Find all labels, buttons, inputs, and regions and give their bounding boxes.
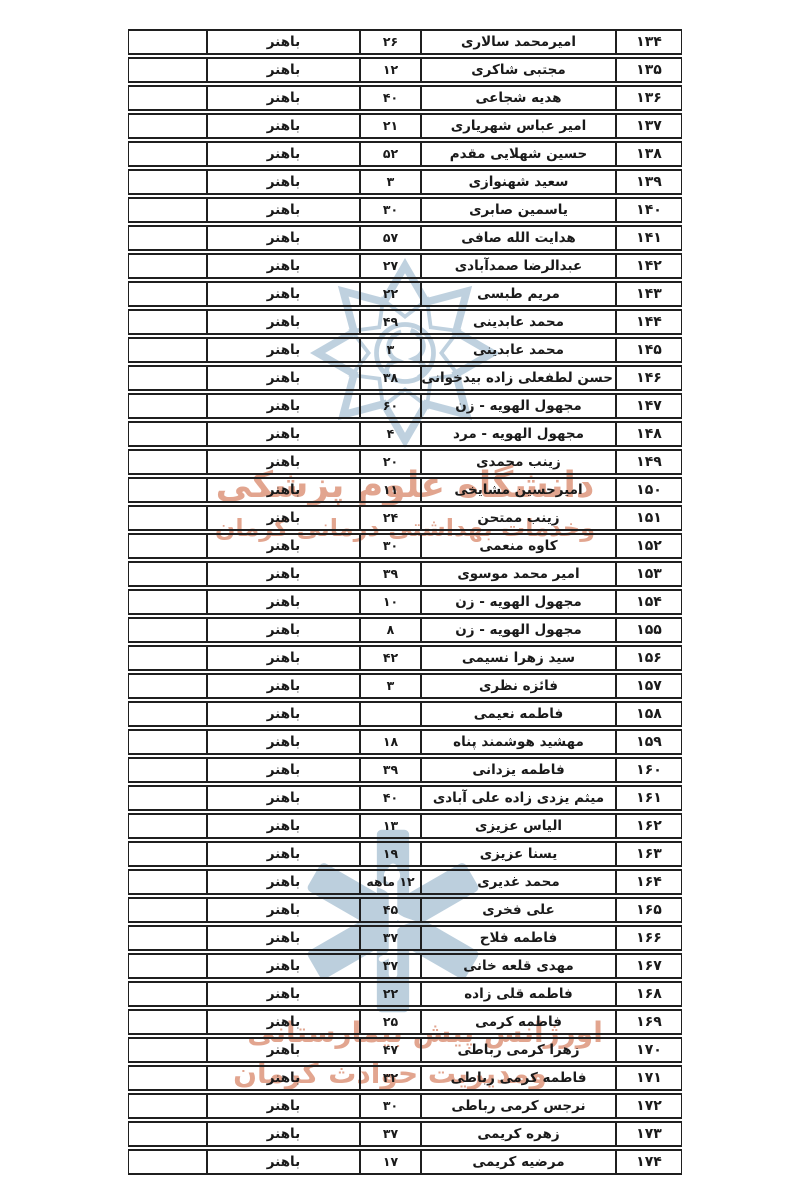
age-cell: ۳۰ xyxy=(360,1093,421,1119)
age-cell: ۴۵ xyxy=(360,897,421,923)
patient-name-cell: مجتبی شاکری xyxy=(421,57,616,83)
empty-cell xyxy=(128,421,207,447)
age-cell: ۴۰ xyxy=(360,785,421,811)
age-cell: ۳ xyxy=(360,673,421,699)
age-cell: ۴۹ xyxy=(360,309,421,335)
table-row: ۱۷۴ مرضیه کریمی ۱۷ باهنر xyxy=(128,1149,682,1175)
empty-cell xyxy=(128,729,207,755)
empty-cell xyxy=(128,701,207,727)
table-row: ۱۴۸ مجهول الهویه - مرد ۴ باهنر xyxy=(128,421,682,447)
age-cell: ۳۰ xyxy=(360,197,421,223)
age-cell: ۳ xyxy=(360,337,421,363)
table-row: ۱۵۳ امیر محمد موسوی ۳۹ باهنر xyxy=(128,561,682,587)
empty-cell xyxy=(128,533,207,559)
patient-name-cell: زینب ممتحن xyxy=(421,505,616,531)
empty-cell xyxy=(128,169,207,195)
row-number-cell: ۱۳۴ xyxy=(616,29,682,55)
table-row: ۱۴۲ عبدالرضا صمدآبادی ۲۷ باهنر xyxy=(128,253,682,279)
hospital-cell: باهنر xyxy=(207,421,360,447)
row-number-cell: ۱۶۵ xyxy=(616,897,682,923)
patient-name-cell: حسن لطفعلی زاده بیدخوانی xyxy=(421,365,616,391)
patient-name-cell: هدیه شجاعی xyxy=(421,85,616,111)
table-row: ۱۶۴ محمد غدیری ۱۲ ماهه باهنر xyxy=(128,869,682,895)
patient-name-cell: هدایت الله صافی xyxy=(421,225,616,251)
empty-cell xyxy=(128,813,207,839)
empty-cell xyxy=(128,925,207,951)
patient-name-cell: مجهول الهویه - مرد xyxy=(421,421,616,447)
empty-cell xyxy=(128,141,207,167)
hospital-cell: باهنر xyxy=(207,449,360,475)
row-number-cell: ۱۴۸ xyxy=(616,421,682,447)
hospital-cell: باهنر xyxy=(207,393,360,419)
age-cell: ۲۲ xyxy=(360,281,421,307)
patient-name-cell: حسین شهلایی مقدم xyxy=(421,141,616,167)
empty-cell xyxy=(128,561,207,587)
age-cell: ۱۸ xyxy=(360,729,421,755)
table-row: ۱۳۸ حسین شهلایی مقدم ۵۲ باهنر xyxy=(128,141,682,167)
row-number-cell: ۱۶۱ xyxy=(616,785,682,811)
row-number-cell: ۱۵۶ xyxy=(616,645,682,671)
age-cell: ۱۰ xyxy=(360,589,421,615)
empty-cell xyxy=(128,673,207,699)
age-cell: ۳۷ xyxy=(360,1121,421,1147)
patient-name-cell: زهرا کرمی رباطی xyxy=(421,1037,616,1063)
row-number-cell: ۱۶۴ xyxy=(616,869,682,895)
patient-name-cell: نرجس کرمی رباطی xyxy=(421,1093,616,1119)
row-number-cell: ۱۶۹ xyxy=(616,1009,682,1035)
table-row: ۱۴۶ حسن لطفعلی زاده بیدخوانی ۳۸ باهنر xyxy=(128,365,682,391)
patient-name-cell: محمد غدیری xyxy=(421,869,616,895)
hospital-cell: باهنر xyxy=(207,701,360,727)
patient-name-cell: فاطمه قلی زاده xyxy=(421,981,616,1007)
hospital-cell: باهنر xyxy=(207,785,360,811)
hospital-cell: باهنر xyxy=(207,57,360,83)
row-number-cell: ۱۵۳ xyxy=(616,561,682,587)
empty-cell xyxy=(128,505,207,531)
age-cell: ۳۸ xyxy=(360,365,421,391)
age-cell: ۸ xyxy=(360,617,421,643)
empty-cell xyxy=(128,1121,207,1147)
hospital-cell: باهنر xyxy=(207,533,360,559)
empty-cell xyxy=(128,1065,207,1091)
age-cell: ۶۰ xyxy=(360,393,421,419)
hospital-cell: باهنر xyxy=(207,925,360,951)
table-row: ۱۳۴ امیرمحمد سالاری ۲۶ باهنر xyxy=(128,29,682,55)
empty-cell xyxy=(128,841,207,867)
patient-table-body: ۱۳۴ امیرمحمد سالاری ۲۶ باهنر ۱۳۵ مجتبی ش… xyxy=(128,29,682,1175)
patient-name-cell: مجهول الهویه - زن xyxy=(421,393,616,419)
empty-cell xyxy=(128,785,207,811)
patient-table: ۱۳۴ امیرمحمد سالاری ۲۶ باهنر ۱۳۵ مجتبی ش… xyxy=(128,27,682,1177)
empty-cell xyxy=(128,337,207,363)
hospital-cell: باهنر xyxy=(207,757,360,783)
table-row: ۱۶۰ فاطمه یزدانی ۳۹ باهنر xyxy=(128,757,682,783)
hospital-cell: باهنر xyxy=(207,253,360,279)
hospital-cell: باهنر xyxy=(207,197,360,223)
table-row: ۱۶۲ الیاس عزیزی ۱۳ باهنر xyxy=(128,813,682,839)
table-row: ۱۳۷ امیر عباس شهریاری ۲۱ باهنر xyxy=(128,113,682,139)
empty-cell xyxy=(128,57,207,83)
age-cell: ۱۲ xyxy=(360,57,421,83)
table-row: ۱۵۵ مجهول الهویه - زن ۸ باهنر xyxy=(128,617,682,643)
hospital-cell: باهنر xyxy=(207,1149,360,1175)
patient-name-cell: مهدی قلعه خانی xyxy=(421,953,616,979)
hospital-cell: باهنر xyxy=(207,1093,360,1119)
table-row: ۱۶۷ مهدی قلعه خانی ۳۷ باهنر xyxy=(128,953,682,979)
table-row: ۱۶۶ فاطمه فلاح ۳۷ باهنر xyxy=(128,925,682,951)
empty-cell xyxy=(128,449,207,475)
hospital-cell: باهنر xyxy=(207,505,360,531)
age-cell: ۲۱ xyxy=(360,113,421,139)
row-number-cell: ۱۶۲ xyxy=(616,813,682,839)
patient-name-cell: محمد عابدینی xyxy=(421,337,616,363)
table-row: ۱۵۴ مجهول الهویه - زن ۱۰ باهنر xyxy=(128,589,682,615)
table-row: ۱۵۰ امیرحسین مشایخی ۱۱ باهنر xyxy=(128,477,682,503)
table-row: ۱۳۹ سعید شهنوازی ۳ باهنر xyxy=(128,169,682,195)
age-cell: ۳۷ xyxy=(360,953,421,979)
row-number-cell: ۱۴۱ xyxy=(616,225,682,251)
table-row: ۱۴۰ یاسمین صابری ۳۰ باهنر xyxy=(128,197,682,223)
hospital-cell: باهنر xyxy=(207,953,360,979)
empty-cell xyxy=(128,757,207,783)
row-number-cell: ۱۳۷ xyxy=(616,113,682,139)
table-row: ۱۶۱ میثم یزدی زاده علی آبادی ۴۰ باهنر xyxy=(128,785,682,811)
row-number-cell: ۱۵۰ xyxy=(616,477,682,503)
hospital-cell: باهنر xyxy=(207,1009,360,1035)
table-row: ۱۷۱ فاطمه کرمی رباطی ۳۲ باهنر xyxy=(128,1065,682,1091)
age-cell: ۴ xyxy=(360,421,421,447)
empty-cell xyxy=(128,1037,207,1063)
row-number-cell: ۱۳۹ xyxy=(616,169,682,195)
row-number-cell: ۱۵۹ xyxy=(616,729,682,755)
row-number-cell: ۱۵۱ xyxy=(616,505,682,531)
table-row: ۱۴۴ محمد عابدینی ۴۹ باهنر xyxy=(128,309,682,335)
patient-name-cell: فاطمه کرمی رباطی xyxy=(421,1065,616,1091)
row-number-cell: ۱۴۴ xyxy=(616,309,682,335)
table-row: ۱۶۸ فاطمه قلی زاده ۲۲ باهنر xyxy=(128,981,682,1007)
hospital-cell: باهنر xyxy=(207,729,360,755)
age-cell: ۱۹ xyxy=(360,841,421,867)
age-cell: ۳۹ xyxy=(360,561,421,587)
document-page: دانشگاه علوم پزشکی وخدمات بهداشتی درمانی… xyxy=(0,0,800,1200)
table-row: ۱۴۵ محمد عابدینی ۳ باهنر xyxy=(128,337,682,363)
age-cell: ۵۷ xyxy=(360,225,421,251)
patient-name-cell: زهره کریمی xyxy=(421,1121,616,1147)
row-number-cell: ۱۵۸ xyxy=(616,701,682,727)
table-row: ۱۷۲ نرجس کرمی رباطی ۳۰ باهنر xyxy=(128,1093,682,1119)
row-number-cell: ۱۴۷ xyxy=(616,393,682,419)
empty-cell xyxy=(128,281,207,307)
empty-cell xyxy=(128,953,207,979)
empty-cell xyxy=(128,29,207,55)
patient-name-cell: فاطمه یزدانی xyxy=(421,757,616,783)
table-row: ۱۶۹ فاطمه کرمی ۲۵ باهنر xyxy=(128,1009,682,1035)
empty-cell xyxy=(128,113,207,139)
age-cell: ۴۲ xyxy=(360,645,421,671)
patient-name-cell: مجهول الهویه - زن xyxy=(421,617,616,643)
patient-name-cell: الیاس عزیزی xyxy=(421,813,616,839)
age-cell: ۳۰ xyxy=(360,533,421,559)
patient-name-cell: عبدالرضا صمدآبادی xyxy=(421,253,616,279)
table-row: ۱۴۷ مجهول الهویه - زن ۶۰ باهنر xyxy=(128,393,682,419)
hospital-cell: باهنر xyxy=(207,841,360,867)
hospital-cell: باهنر xyxy=(207,85,360,111)
row-number-cell: ۱۶۸ xyxy=(616,981,682,1007)
empty-cell xyxy=(128,225,207,251)
hospital-cell: باهنر xyxy=(207,673,360,699)
row-number-cell: ۱۴۹ xyxy=(616,449,682,475)
row-number-cell: ۱۷۳ xyxy=(616,1121,682,1147)
hospital-cell: باهنر xyxy=(207,813,360,839)
patient-name-cell: امیرمحمد سالاری xyxy=(421,29,616,55)
patient-name-cell: امیرحسین مشایخی xyxy=(421,477,616,503)
hospital-cell: باهنر xyxy=(207,29,360,55)
patient-name-cell: مجهول الهویه - زن xyxy=(421,589,616,615)
patient-name-cell: سید زهرا نسیمی xyxy=(421,645,616,671)
patient-name-cell: مهشید هوشمند پناه xyxy=(421,729,616,755)
hospital-cell: باهنر xyxy=(207,1065,360,1091)
row-number-cell: ۱۶۰ xyxy=(616,757,682,783)
empty-cell xyxy=(128,309,207,335)
hospital-cell: باهنر xyxy=(207,1121,360,1147)
row-number-cell: ۱۵۴ xyxy=(616,589,682,615)
age-cell: ۳ xyxy=(360,169,421,195)
patient-name-cell: فاطمه فلاح xyxy=(421,925,616,951)
empty-cell xyxy=(128,393,207,419)
table-row: ۱۵۲ کاوه منعمی ۳۰ باهنر xyxy=(128,533,682,559)
hospital-cell: باهنر xyxy=(207,477,360,503)
table-row: ۱۵۷ فائزه نظری ۳ باهنر xyxy=(128,673,682,699)
patient-name-cell: یاسمین صابری xyxy=(421,197,616,223)
age-cell: ۳۲ xyxy=(360,1065,421,1091)
patient-name-cell: کاوه منعمی xyxy=(421,533,616,559)
row-number-cell: ۱۷۰ xyxy=(616,1037,682,1063)
row-number-cell: ۱۴۳ xyxy=(616,281,682,307)
table-row: ۱۵۸ فاطمه نعیمی باهنر xyxy=(128,701,682,727)
table-row: ۱۵۹ مهشید هوشمند پناه ۱۸ باهنر xyxy=(128,729,682,755)
patient-name-cell: یسنا عزیزی xyxy=(421,841,616,867)
patient-name-cell: فاطمه نعیمی xyxy=(421,701,616,727)
row-number-cell: ۱۶۷ xyxy=(616,953,682,979)
age-cell: ۵۲ xyxy=(360,141,421,167)
empty-cell xyxy=(128,897,207,923)
table-row: ۱۴۳ مریم طبسی ۲۲ باهنر xyxy=(128,281,682,307)
hospital-cell: باهنر xyxy=(207,897,360,923)
row-number-cell: ۱۵۲ xyxy=(616,533,682,559)
hospital-cell: باهنر xyxy=(207,225,360,251)
hospital-cell: باهنر xyxy=(207,337,360,363)
age-cell: ۴۷ xyxy=(360,1037,421,1063)
table-row: ۱۳۶ هدیه شجاعی ۴۰ باهنر xyxy=(128,85,682,111)
empty-cell xyxy=(128,197,207,223)
patient-name-cell: امیر عباس شهریاری xyxy=(421,113,616,139)
table-row: ۱۷۳ زهره کریمی ۳۷ باهنر xyxy=(128,1121,682,1147)
table-row: ۱۴۱ هدایت الله صافی ۵۷ باهنر xyxy=(128,225,682,251)
empty-cell xyxy=(128,1093,207,1119)
patient-name-cell: محمد عابدینی xyxy=(421,309,616,335)
age-cell: ۲۷ xyxy=(360,253,421,279)
row-number-cell: ۱۴۰ xyxy=(616,197,682,223)
empty-cell xyxy=(128,365,207,391)
row-number-cell: ۱۳۵ xyxy=(616,57,682,83)
age-cell: ۲۵ xyxy=(360,1009,421,1035)
age-cell: ۱۷ xyxy=(360,1149,421,1175)
empty-cell xyxy=(128,1149,207,1175)
age-cell xyxy=(360,701,421,727)
empty-cell xyxy=(128,645,207,671)
row-number-cell: ۱۳۸ xyxy=(616,141,682,167)
hospital-cell: باهنر xyxy=(207,141,360,167)
patient-name-cell: مرضیه کریمی xyxy=(421,1149,616,1175)
table-row: ۱۶۳ یسنا عزیزی ۱۹ باهنر xyxy=(128,841,682,867)
age-cell: ۱۲ ماهه xyxy=(360,869,421,895)
hospital-cell: باهنر xyxy=(207,113,360,139)
patient-name-cell: امیر محمد موسوی xyxy=(421,561,616,587)
hospital-cell: باهنر xyxy=(207,1037,360,1063)
patient-name-cell: زینب محمدی xyxy=(421,449,616,475)
hospital-cell: باهنر xyxy=(207,645,360,671)
empty-cell xyxy=(128,869,207,895)
patient-name-cell: فائزه نظری xyxy=(421,673,616,699)
age-cell: ۲۶ xyxy=(360,29,421,55)
age-cell: ۱۳ xyxy=(360,813,421,839)
row-number-cell: ۱۷۱ xyxy=(616,1065,682,1091)
hospital-cell: باهنر xyxy=(207,281,360,307)
hospital-cell: باهنر xyxy=(207,617,360,643)
age-cell: ۱۱ xyxy=(360,477,421,503)
patient-name-cell: مریم طبسی xyxy=(421,281,616,307)
hospital-cell: باهنر xyxy=(207,589,360,615)
patient-name-cell: علی فخری xyxy=(421,897,616,923)
empty-cell xyxy=(128,253,207,279)
patient-name-cell: فاطمه کرمی xyxy=(421,1009,616,1035)
age-cell: ۴۰ xyxy=(360,85,421,111)
row-number-cell: ۱۶۳ xyxy=(616,841,682,867)
row-number-cell: ۱۷۴ xyxy=(616,1149,682,1175)
patient-name-cell: سعید شهنوازی xyxy=(421,169,616,195)
empty-cell xyxy=(128,477,207,503)
hospital-cell: باهنر xyxy=(207,981,360,1007)
table-row: ۱۳۵ مجتبی شاکری ۱۲ باهنر xyxy=(128,57,682,83)
table-row: ۱۵۱ زینب ممتحن ۲۴ باهنر xyxy=(128,505,682,531)
age-cell: ۲۰ xyxy=(360,449,421,475)
patient-name-cell: میثم یزدی زاده علی آبادی xyxy=(421,785,616,811)
hospital-cell: باهنر xyxy=(207,561,360,587)
empty-cell xyxy=(128,1009,207,1035)
row-number-cell: ۱۳۶ xyxy=(616,85,682,111)
row-number-cell: ۱۴۵ xyxy=(616,337,682,363)
hospital-cell: باهنر xyxy=(207,309,360,335)
empty-cell xyxy=(128,589,207,615)
table-row: ۱۵۶ سید زهرا نسیمی ۴۲ باهنر xyxy=(128,645,682,671)
age-cell: ۲۲ xyxy=(360,981,421,1007)
empty-cell xyxy=(128,85,207,111)
row-number-cell: ۱۴۲ xyxy=(616,253,682,279)
row-number-cell: ۱۷۲ xyxy=(616,1093,682,1119)
age-cell: ۲۴ xyxy=(360,505,421,531)
table-row: ۱۶۵ علی فخری ۴۵ باهنر xyxy=(128,897,682,923)
table-row: ۱۷۰ زهرا کرمی رباطی ۴۷ باهنر xyxy=(128,1037,682,1063)
row-number-cell: ۱۴۶ xyxy=(616,365,682,391)
row-number-cell: ۱۶۶ xyxy=(616,925,682,951)
age-cell: ۳۹ xyxy=(360,757,421,783)
hospital-cell: باهنر xyxy=(207,869,360,895)
row-number-cell: ۱۵۵ xyxy=(616,617,682,643)
table-row: ۱۴۹ زینب محمدی ۲۰ باهنر xyxy=(128,449,682,475)
hospital-cell: باهنر xyxy=(207,365,360,391)
hospital-cell: باهنر xyxy=(207,169,360,195)
row-number-cell: ۱۵۷ xyxy=(616,673,682,699)
age-cell: ۳۷ xyxy=(360,925,421,951)
empty-cell xyxy=(128,617,207,643)
empty-cell xyxy=(128,981,207,1007)
